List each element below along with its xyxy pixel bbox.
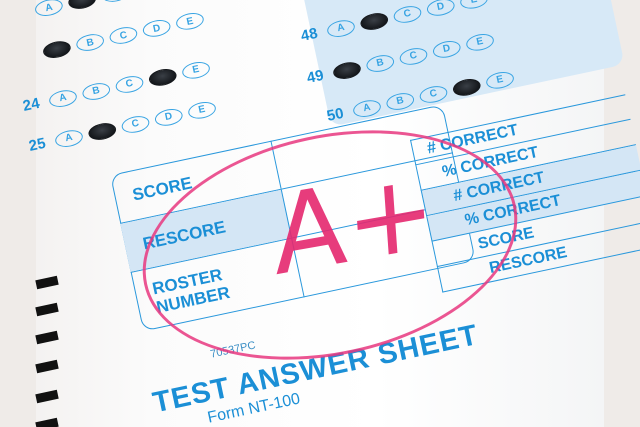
grade-mark: A+	[269, 156, 438, 293]
question-number	[8, 55, 33, 60]
question-number	[0, 13, 25, 18]
photo-scene: ABCDEABCDE24ABCDE25ABCDE 48ABCDE49ABCDE5…	[0, 0, 640, 427]
